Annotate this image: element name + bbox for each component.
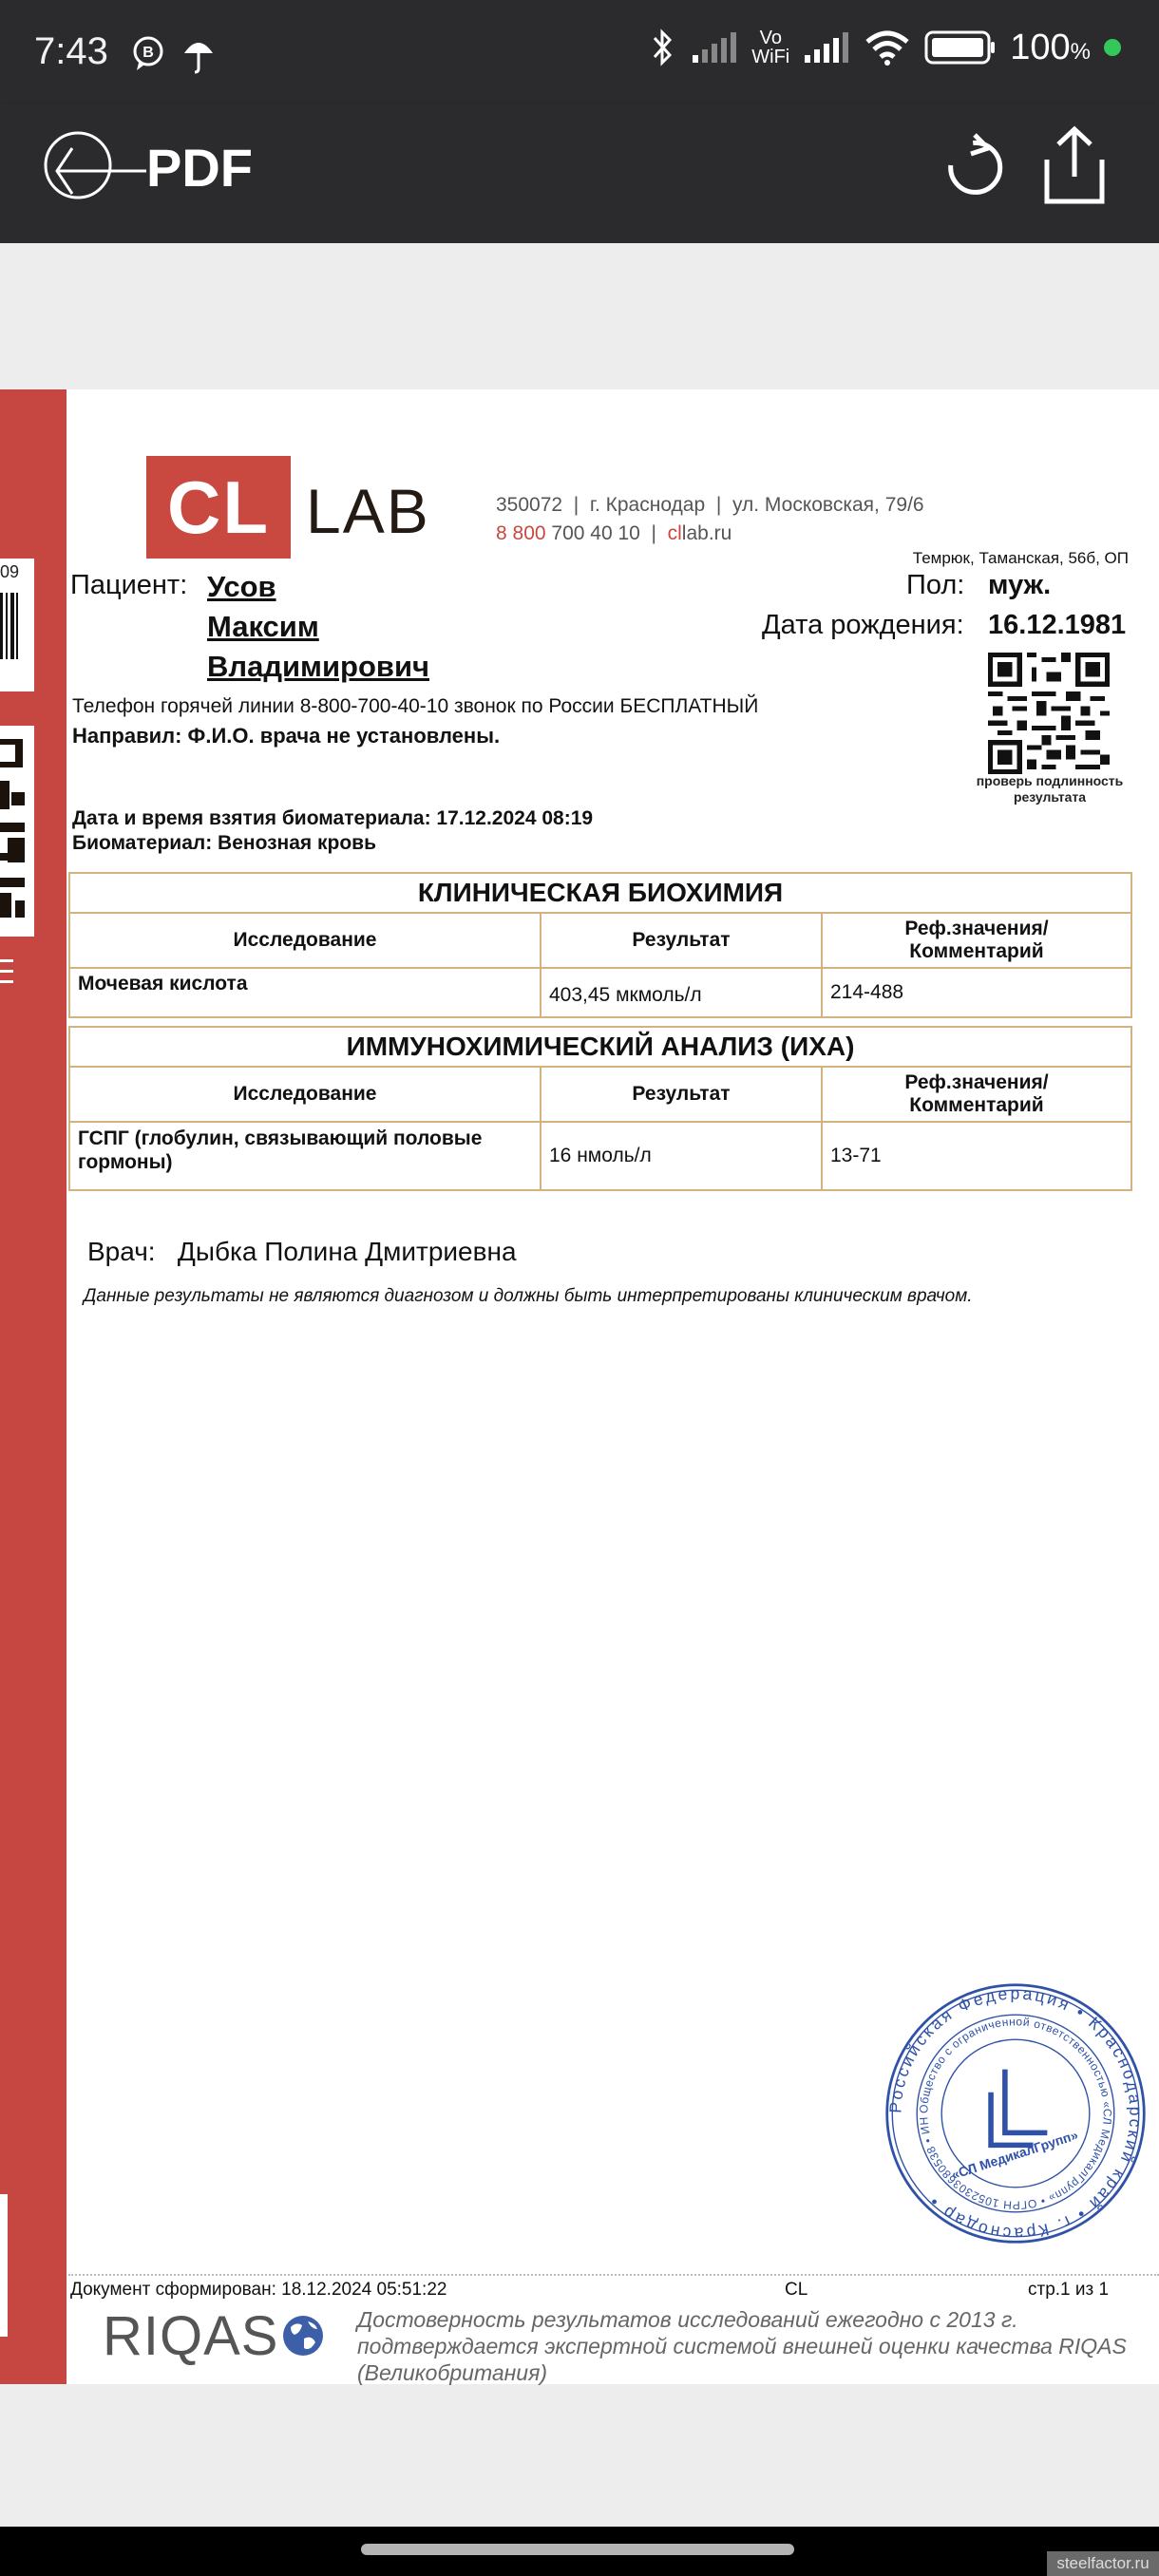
wifi-icon bbox=[864, 28, 911, 66]
riqas-statement: Достоверность результатов исследований е… bbox=[357, 2306, 1155, 2386]
test-name: Мочевая кислота bbox=[69, 968, 541, 1017]
globe-icon bbox=[281, 2314, 325, 2358]
battery-percent: 100% bbox=[1010, 28, 1091, 68]
patient-label: Пациент: bbox=[70, 570, 187, 601]
svg-text:B: B bbox=[142, 45, 154, 61]
cl-lab-logo: CL LAB bbox=[146, 456, 488, 560]
patient-middle-name: Владимирович bbox=[207, 650, 429, 684]
column-header: Исследование bbox=[69, 913, 541, 968]
disclaimer: Данные результаты не являются диагнозом … bbox=[84, 1286, 973, 1307]
side-qr bbox=[0, 726, 34, 937]
column-header: Исследование bbox=[69, 1067, 541, 1122]
test-reference: 214-488 bbox=[822, 968, 1131, 1017]
barcode: 09 bbox=[0, 559, 34, 691]
side-bar bbox=[0, 2194, 8, 2337]
table-row: ГСПГ (глобулин, связывающий половые горм… bbox=[69, 1122, 1131, 1190]
watermark: steelfactor.ru bbox=[1047, 2551, 1159, 2576]
footer-code: CL bbox=[785, 2280, 807, 2301]
signal-icon bbox=[691, 30, 738, 65]
patient-last-name: Усов bbox=[207, 570, 276, 604]
privacy-dot-icon bbox=[1104, 39, 1121, 56]
sex-label: Пол: bbox=[906, 570, 964, 601]
dob-label: Дата рождения: bbox=[762, 610, 964, 641]
sample-datetime: Дата и время взятия биоматериала: 17.12.… bbox=[72, 807, 593, 830]
test-result: 403,45 мкмоль/л bbox=[541, 968, 822, 1017]
side-lines bbox=[0, 959, 13, 991]
test-name: ГСПГ (глобулин, связывающий половые горм… bbox=[69, 1122, 541, 1190]
referred-by: Направил: Ф.И.О. врача не установлены. bbox=[72, 724, 500, 748]
verify-qr-code[interactable] bbox=[988, 652, 1110, 775]
pdf-page: 09 CL LAB 350072 | г. Краснодар | ул. bbox=[0, 389, 1159, 2384]
doctor: Врач: Дыбка Полина Дмитриевна bbox=[87, 1237, 517, 1267]
table-row: Мочевая кислота 403,45 мкмоль/л 214-488 bbox=[69, 968, 1131, 1017]
column-header: Реф.значения/ Комментарий bbox=[822, 913, 1131, 968]
hotline-text: Телефон горячей линии 8-800-700-40-10 зв… bbox=[72, 695, 758, 718]
generated-date: Документ сформирован: 18.12.2024 05:51:2… bbox=[70, 2280, 446, 2301]
section-title: ИММУНОХИМИЧЕСКИЙ АНАЛИЗ (ИХА) bbox=[69, 1027, 1131, 1067]
sex-value: муж. bbox=[988, 570, 1051, 601]
status-icons: Vo WiFi 100% bbox=[649, 27, 1121, 68]
b-messenger-icon: B bbox=[131, 34, 165, 72]
page-title: PDF bbox=[146, 137, 253, 199]
column-header: Результат bbox=[541, 913, 822, 968]
umbrella-icon bbox=[182, 34, 215, 74]
share-icon[interactable] bbox=[1041, 125, 1108, 205]
lab-contacts: 8 800 700 40 10 | cllab.ru bbox=[496, 522, 731, 545]
side-stripe: 09 bbox=[0, 389, 66, 2384]
results-table-biochemistry: КЛИНИЧЕСКАЯ БИОХИМИЯ Исследование Резуль… bbox=[68, 872, 1132, 1018]
vowifi-icon: Vo WiFi bbox=[751, 28, 789, 66]
back-arrow-icon[interactable] bbox=[44, 122, 148, 207]
section-title: КЛИНИЧЕСКАЯ БИОХИМИЯ bbox=[69, 873, 1131, 913]
navigation-bar bbox=[0, 2527, 1159, 2576]
riqas-logo: RIQAS bbox=[103, 2304, 279, 2368]
page-indicator: стр.1 из 1 bbox=[1028, 2280, 1109, 2301]
app-bar: PDF bbox=[0, 104, 1159, 243]
test-result: 16 нмоль/л bbox=[541, 1122, 822, 1190]
test-reference: 13-71 bbox=[822, 1122, 1131, 1190]
bluetooth-icon bbox=[649, 27, 677, 68]
results-table-immunochemistry: ИММУНОХИМИЧЕСКИЙ АНАЛИЗ (ИХА) Исследован… bbox=[68, 1026, 1132, 1191]
battery-icon bbox=[924, 30, 997, 65]
lab-address: 350072 | г. Краснодар | ул. Московская, … bbox=[496, 494, 924, 517]
patient-first-name: Максим bbox=[207, 610, 319, 644]
biomaterial: Биоматериал: Венозная кровь bbox=[72, 832, 376, 855]
pdf-viewer[interactable]: 09 CL LAB 350072 | г. Краснодар | ул. bbox=[0, 243, 1159, 2527]
status-bar: 7:43 B Vo WiFi bbox=[0, 0, 1159, 104]
barcode-icon bbox=[0, 593, 19, 659]
dob-value: 16.12.1981 bbox=[988, 610, 1126, 641]
qr-code-icon bbox=[0, 735, 27, 925]
home-gesture-handle[interactable] bbox=[361, 2544, 794, 2555]
qr-caption: проверь подлинность результата bbox=[969, 773, 1130, 805]
reload-icon[interactable] bbox=[940, 127, 1007, 203]
company-stamp: Российская Федерация • Краснодарский кра… bbox=[883, 1981, 1148, 2245]
branch-office: Темрюк, Таманская, 56б, ОП bbox=[913, 549, 1129, 568]
column-header: Результат bbox=[541, 1067, 822, 1122]
column-header: Реф.значения/ Комментарий bbox=[822, 1067, 1131, 1122]
signal-icon bbox=[803, 30, 850, 65]
clock: 7:43 bbox=[34, 30, 108, 73]
footer-divider bbox=[68, 2274, 1159, 2276]
